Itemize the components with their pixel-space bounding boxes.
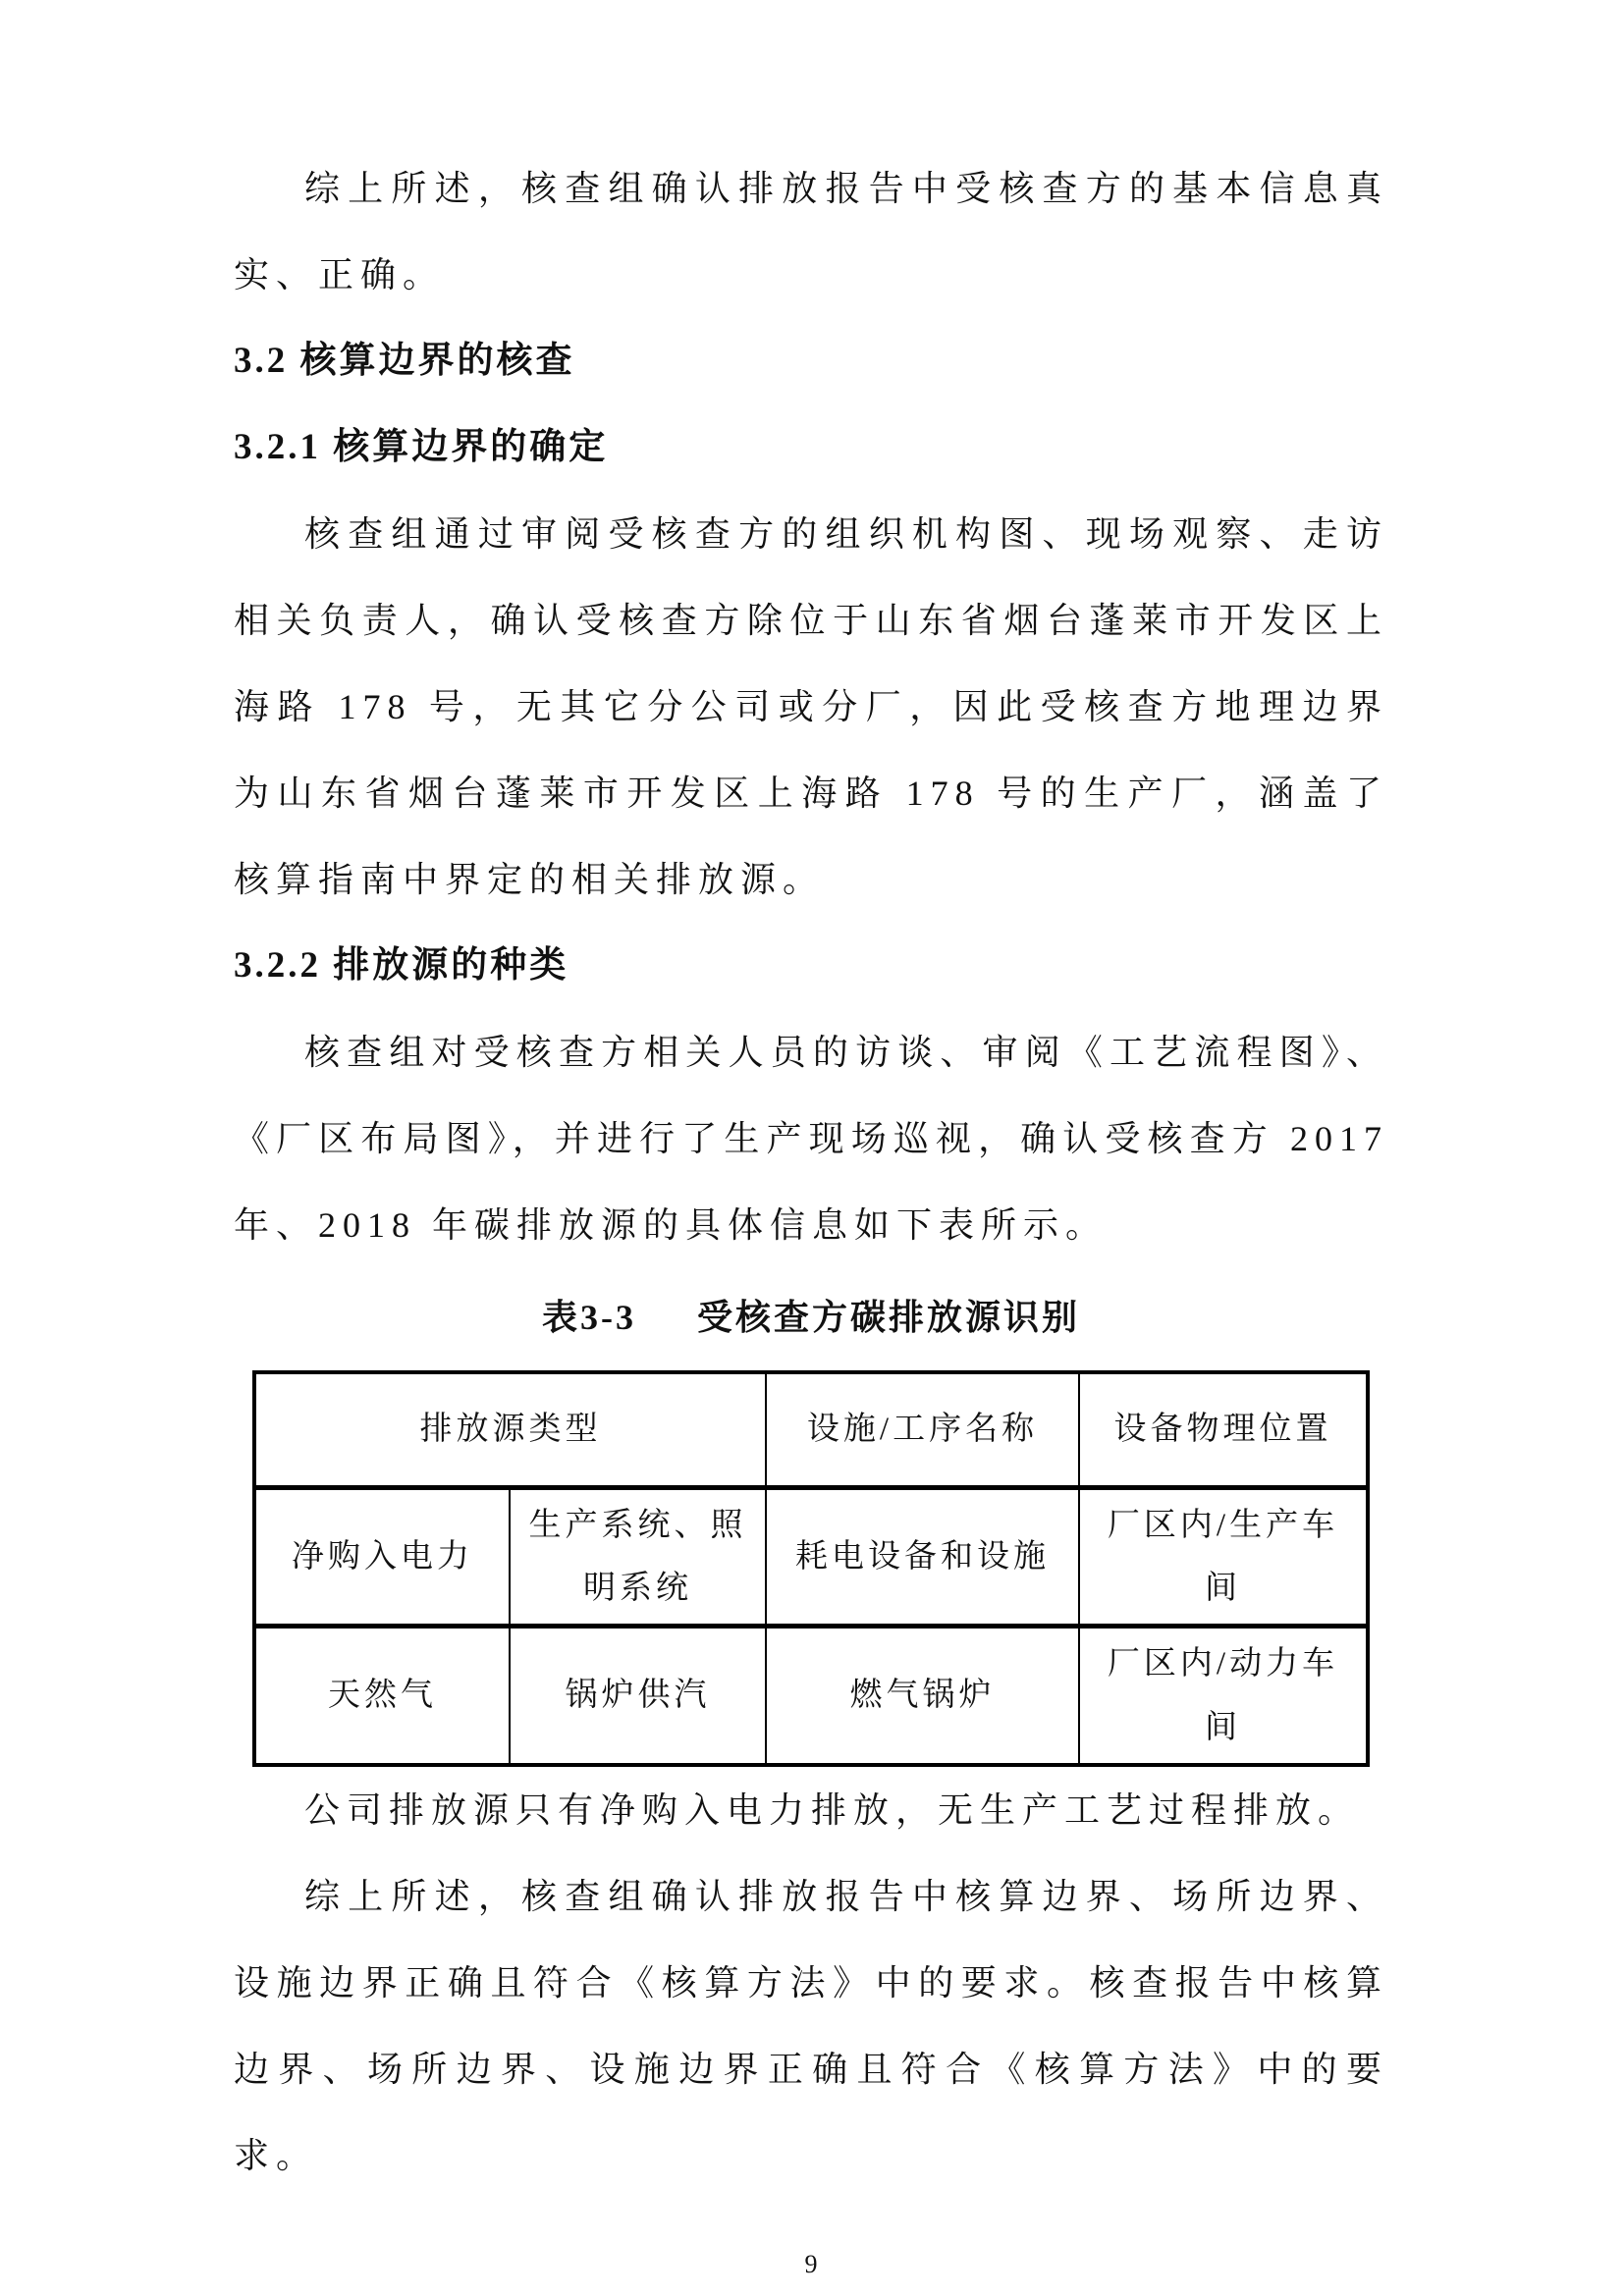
table-caption: 表3-3受核查方碳排放源识别: [234, 1274, 1388, 1361]
header-cell-source-type: 排放源类型: [254, 1372, 766, 1487]
cell-location: 厂区内/生产车间: [1079, 1487, 1368, 1627]
header-cell-physical-location: 设备物理位置: [1079, 1372, 1368, 1487]
page-number: 9: [234, 2250, 1388, 2279]
table-caption-title: 受核查方碳排放源识别: [697, 1298, 1080, 1337]
cell-location: 厂区内/动力车间: [1079, 1627, 1368, 1765]
cell-source: 天然气: [254, 1627, 510, 1765]
heading-section-3-2: 3.2 核算边界的核查: [234, 318, 1388, 404]
paragraph-boundary-determination: 核查组通过审阅受核查方的组织机构图、现场观察、走访相关负责人，确认受核查方除位于…: [234, 491, 1388, 923]
emission-source-table: 排放源类型 设施/工序名称 设备物理位置 净购入电力 生产系统、照明系统 耗电设…: [252, 1370, 1370, 1767]
cell-source: 净购入电力: [254, 1487, 510, 1627]
heading-section-3-2-1: 3.2.1 核算边界的确定: [234, 404, 1388, 491]
paragraph-boundary-conclusion: 综上所述，核查组确认排放报告中核算边界、场所边界、设施边界正确且符合《核算方法》…: [234, 1853, 1388, 2199]
table-row: 天然气 锅炉供汽 燃气锅炉 厂区内/动力车间: [254, 1627, 1368, 1765]
table-header-row: 排放源类型 设施/工序名称 设备物理位置: [254, 1372, 1368, 1487]
cell-system: 锅炉供汽: [510, 1627, 766, 1765]
table-row: 净购入电力 生产系统、照明系统 耗电设备和设施 厂区内/生产车间: [254, 1487, 1368, 1627]
heading-section-3-2-2: 3.2.2 排放源的种类: [234, 923, 1388, 1009]
paragraph-emission-source-types: 核查组对受核查方相关人员的访谈、审阅《工艺流程图》、《厂区布局图》，并进行了生产…: [234, 1009, 1388, 1268]
cell-facility: 燃气锅炉: [766, 1627, 1079, 1765]
paragraph-after-table: 公司排放源只有净购入电力排放，无生产工艺过程排放。: [234, 1767, 1388, 1853]
cell-facility: 耗电设备和设施: [766, 1487, 1079, 1627]
cell-system: 生产系统、照明系统: [510, 1487, 766, 1627]
header-cell-facility-name: 设施/工序名称: [766, 1372, 1079, 1487]
table-caption-label: 表3-3: [542, 1298, 636, 1337]
document-page: 综上所述，核查组确认排放报告中受核查方的基本信息真实、正确。 3.2 核算边界的…: [0, 0, 1624, 2296]
paragraph-basic-info-conclusion: 综上所述，核查组确认排放报告中受核查方的基本信息真实、正确。: [234, 145, 1388, 318]
